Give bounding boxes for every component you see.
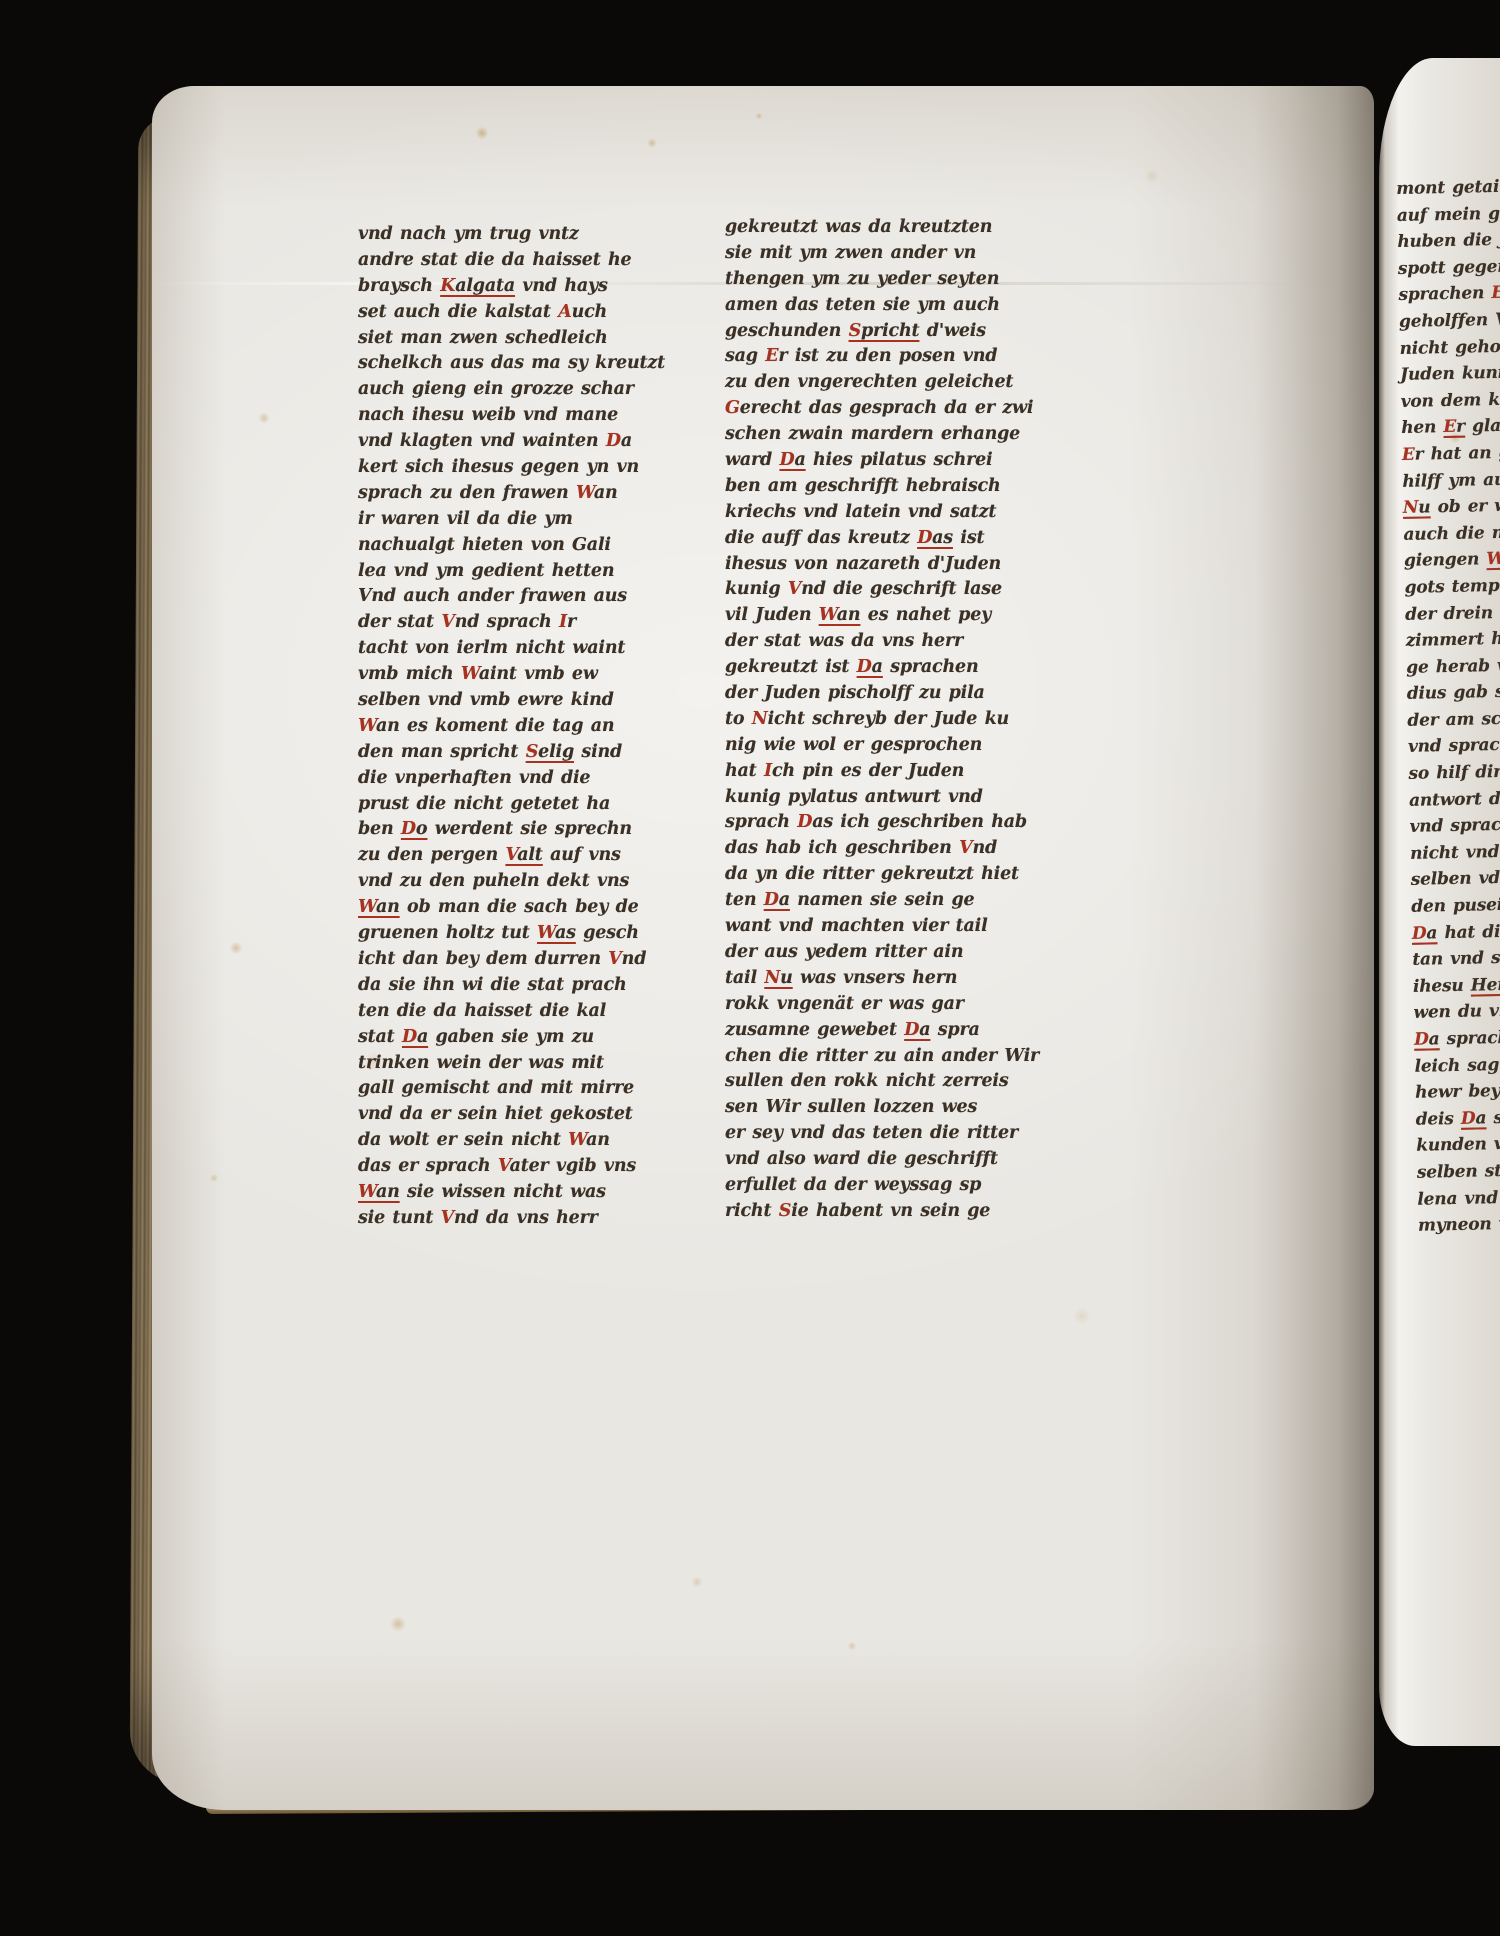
manuscript-line: ten die da haisset die kal <box>358 999 663 1025</box>
manuscript-line: huben die Juden <box>1397 226 1500 256</box>
manuscript-line: da wolt er sein nicht Wan <box>358 1128 663 1154</box>
manuscript-line: sprachen Er hat <box>1398 279 1500 309</box>
manuscript-line: ten Da namen sie sein ge <box>725 888 1037 914</box>
manuscript-line: Er hat an got g <box>1402 438 1500 468</box>
manuscript-line: dius gab sim <box>1407 678 1500 708</box>
manuscript-line: sullen den rokk nicht zerreis <box>725 1069 1037 1095</box>
manuscript-line: zu den pergen Valt auf vns <box>358 843 663 869</box>
manuscript-line: Wan sie wissen nicht was <box>358 1180 663 1206</box>
manuscript-line: ihesu Herr ge <box>1413 970 1500 1000</box>
text-column-left: vnd nach ym trug vntzandre stat die da h… <box>358 222 663 1232</box>
manuscript-line: der drein tage <box>1405 598 1500 628</box>
manuscript-line: der aus yedem ritter ain <box>725 940 1037 966</box>
manuscript-line: kunden von v <box>1416 1130 1500 1160</box>
manuscript-line: leich sag ich d <box>1414 1050 1500 1080</box>
manuscript-line: hen Er glaub w <box>1401 412 1500 442</box>
manuscript-line: myneon vnd <box>1418 1209 1500 1239</box>
right-page-sliver: mont getailet Vauf mein gewanthuben die … <box>1379 58 1500 1746</box>
manuscript-line: richt Sie habent vn sein ge <box>725 1199 1037 1225</box>
manuscript-line: set auch die kalstat Auch <box>358 300 663 326</box>
manuscript-line: to Nicht schreyb der Jude ku <box>725 707 1037 733</box>
manuscript-line: sprach Das ich geschriben hab <box>725 810 1037 836</box>
manuscript-line: stat Da gaben sie ym zu <box>358 1025 663 1051</box>
manuscript-line: vnd sprach D <box>1409 811 1500 841</box>
manuscript-line: giengen Wost <box>1404 545 1500 575</box>
manuscript-line: tail Nu was vnsers hern <box>725 966 1037 992</box>
manuscript-line: auch die nach d <box>1403 518 1500 548</box>
manuscript-line: von dem kreutz <box>1400 385 1500 415</box>
manuscript-line: hewr bey mir <box>1415 1077 1500 1107</box>
manuscript-line: Da sprach ihe <box>1414 1023 1500 1053</box>
manuscript-line: siet man zwen schedleich <box>358 326 663 352</box>
manuscript-line: icht dan bey dem durren Vnd <box>358 947 663 973</box>
manuscript-line: rokk vngenät er was gar <box>725 992 1037 1018</box>
manuscript-line: ward Da hies pilatus schrei <box>725 448 1037 474</box>
manuscript-line: ihesus von nazareth d'Juden <box>725 552 1037 578</box>
manuscript-line: nach ihesu weib vnd mane <box>358 403 663 429</box>
manuscript-line: thengen ym zu yeder seyten <box>725 267 1037 293</box>
manuscript-line: der stat was da vns herr <box>725 629 1037 655</box>
manuscript-line: trinken wein der was mit <box>358 1051 663 1077</box>
manuscript-line: auf mein gewant <box>1397 199 1500 229</box>
manuscript-line: zimmert hilf <box>1405 625 1500 655</box>
manuscript-line: er sey vnd das teten die ritter <box>725 1121 1037 1147</box>
manuscript-line: die auff das kreutz Das ist <box>725 526 1037 552</box>
manuscript-line: sie tunt Vnd da vns herr <box>358 1206 663 1232</box>
manuscript-line: Vnd auch ander frawen aus <box>358 584 663 610</box>
manuscript-line: auch gieng ein grozze schar <box>358 377 663 403</box>
photo-background: vnd nach ym trug vntzandre stat die da h… <box>0 0 1500 1936</box>
manuscript-line: selben vdam <box>1410 864 1500 894</box>
manuscript-line: antwort der a <box>1409 784 1500 814</box>
manuscript-line: sen Wir sullen lozzen wes <box>725 1095 1037 1121</box>
manuscript-line: vnd sprachets <box>1408 731 1500 761</box>
manuscript-line: Juden kunig ist <box>1400 359 1500 389</box>
manuscript-line: amen das teten sie ym auch <box>725 293 1037 319</box>
manuscript-line: da yn die ritter gekreutzt hiet <box>725 862 1037 888</box>
manuscript-line: Gerecht das gesprach da er zwi <box>725 396 1037 422</box>
manuscript-left-page: vnd nach ym trug vntzandre stat die da h… <box>152 86 1374 1810</box>
manuscript-line: tan vnd spra <box>1412 944 1500 974</box>
manuscript-line: vmb mich Waint vmb ew <box>358 662 663 688</box>
manuscript-line: tacht von ierlm nicht waint <box>358 636 663 662</box>
manuscript-line: selben vnd vmb ewre kind <box>358 688 663 714</box>
manuscript-line: nig wie wol er gesprochen <box>725 733 1037 759</box>
manuscript-line: der am schach <box>1407 704 1500 734</box>
manuscript-line: nicht vnd pis <box>1410 837 1500 867</box>
manuscript-line: gall gemischt and mit mirre <box>358 1076 663 1102</box>
manuscript-line: der stat Vnd sprach Ir <box>358 610 663 636</box>
manuscript-line: zu den vngerechten geleichet <box>725 370 1037 396</box>
manuscript-line: vnd klagten vnd wainten Da <box>358 429 663 455</box>
manuscript-line: sie mit ym zwen ander vn <box>725 241 1037 267</box>
manuscript-line: Da hat dies m <box>1412 917 1500 947</box>
manuscript-line: zusamne gewebet Da spra <box>725 1018 1037 1044</box>
manuscript-line: gekreutzt was da kreutzten <box>725 215 1037 241</box>
manuscript-line: erfullet da der weyssag sp <box>725 1173 1037 1199</box>
manuscript-line: kert sich ihesus gegen yn vn <box>358 455 663 481</box>
manuscript-line: gots tempel m <box>1404 571 1500 601</box>
manuscript-line: der Juden pischolff zu pila <box>725 681 1037 707</box>
manuscript-line: vnd also ward die geschrifft <box>725 1147 1037 1173</box>
text-column-right: gekreutzt was da kreutztensie mit ym zwe… <box>725 215 1037 1225</box>
manuscript-line: Wan ob man die sach bey de <box>358 895 663 921</box>
manuscript-line: so hilf dir vn <box>1408 757 1500 787</box>
manuscript-line: kunig Vnd die geschrift lase <box>725 577 1037 603</box>
manuscript-line: wen du vn d <box>1413 997 1500 1027</box>
manuscript-line: gruenen holtz tut Was gesch <box>358 921 663 947</box>
manuscript-line: geschunden Spricht d'weis <box>725 319 1037 345</box>
manuscript-line: das hab ich geschriben Vnd <box>725 836 1037 862</box>
manuscript-line: Wan es koment die tag an <box>358 714 663 740</box>
manuscript-line: den puseim v <box>1411 890 1500 920</box>
manuscript-line: ge herab von <box>1406 651 1500 681</box>
manuscript-line: kriechs vnd latein vnd satzt <box>725 500 1037 526</box>
manuscript-line: mont getailet V <box>1396 173 1500 203</box>
manuscript-line: da sie ihn wi die stat prach <box>358 973 663 999</box>
manuscript-line: hat Ich pin es der Juden <box>725 759 1037 785</box>
manuscript-line: andre stat die da haisset he <box>358 248 663 274</box>
manuscript-line: selben stund n <box>1417 1156 1500 1186</box>
manuscript-line: want vnd machten vier tail <box>725 914 1037 940</box>
manuscript-line: ben am geschrifft hebraisch <box>725 474 1037 500</box>
manuscript-line: sag Er ist zu den posen vnd <box>725 344 1037 370</box>
manuscript-line: lea vnd ym gedient hetten <box>358 559 663 585</box>
manuscript-line: gekreutzt ist Da sprachen <box>725 655 1037 681</box>
manuscript-line: lena vnd ma <box>1417 1183 1500 1213</box>
manuscript-line: deis Da stuen <box>1415 1103 1500 1133</box>
manuscript-line: nachualgt hieten von Gali <box>358 533 663 559</box>
manuscript-line: das er sprach Vater vgib vns <box>358 1154 663 1180</box>
manuscript-line: vnd nach ym trug vntz <box>358 222 663 248</box>
manuscript-line: nicht geholffen P <box>1399 332 1500 362</box>
manuscript-line: die vnperhaften vnd die <box>358 766 663 792</box>
manuscript-line: vil Juden Wan es nahet pey <box>725 603 1037 629</box>
manuscript-line: braysch Kalgata vnd hays <box>358 274 663 300</box>
manuscript-line: schelkch aus das ma sy kreutzt <box>358 351 663 377</box>
manuscript-line: Nu ob er wil <box>1403 492 1500 522</box>
manuscript-line: den man spricht Selig sind <box>358 740 663 766</box>
manuscript-line: kunig pylatus antwurt vnd <box>725 785 1037 811</box>
manuscript-line: hilff ym auch <box>1402 465 1500 495</box>
manuscript-line: vnd zu den puheln dekt vns <box>358 869 663 895</box>
text-column-next-page: mont getailet Vauf mein gewanthuben die … <box>1396 173 1500 1240</box>
manuscript-line: prust die nicht getetet ha <box>358 792 663 818</box>
manuscript-line: chen die ritter zu ain ander Wir <box>725 1044 1037 1070</box>
manuscript-line: ir waren vil da die ym <box>358 507 663 533</box>
manuscript-line: schen zwain mardern erhange <box>725 422 1037 448</box>
manuscript-line: vnd da er sein hiet gekostet <box>358 1102 663 1128</box>
manuscript-line: spott gegen vnse <box>1398 252 1500 282</box>
manuscript-line: geholffen Vnd m <box>1399 305 1500 335</box>
gutter-shadow <box>1254 86 1374 1810</box>
manuscript-line: sprach zu den frawen Wan <box>358 481 663 507</box>
manuscript-line: ben Do werdent sie sprechn <box>358 817 663 843</box>
